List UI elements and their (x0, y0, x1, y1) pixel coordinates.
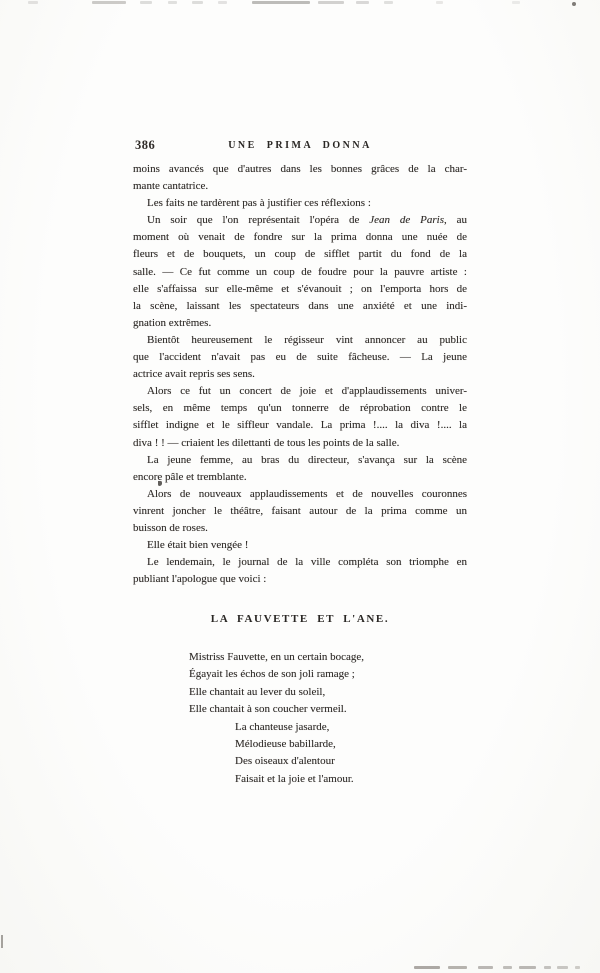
body-text: moins avancés que d'autres dans les bonn… (133, 161, 467, 588)
text-line: Un soir que l'on représentait l'opéra de… (133, 212, 467, 229)
poem-stanza: Mistriss Fauvette, en un certain bocage,… (189, 649, 467, 719)
poem-line: Elle chantait à son coucher vermeil. (189, 701, 467, 718)
text-segment: vinrent joncher le théâtre, faisant auto… (133, 505, 467, 517)
text-segment: Un soir que l'on représentait l'opéra de (147, 214, 369, 226)
text-segment: fleurs et de bouquets, un coup de siffle… (133, 248, 467, 260)
poem-line: Elle chantait au lever du soleil, (189, 684, 467, 701)
text-segment: salle. — Ce fut comme un coup de foudre … (133, 266, 467, 278)
scan-artifact-bottom (575, 966, 580, 969)
text-line: Bientôt heureusement le régisseur vint a… (133, 332, 467, 349)
text-line: Le lendemain, le journal de la ville com… (133, 554, 467, 571)
scan-artifact-top (252, 1, 310, 4)
paragraph: Le lendemain, le journal de la ville com… (133, 554, 467, 588)
scan-artifact-bottom (478, 966, 493, 969)
text-segment: Elle était bien vengée ! (147, 539, 248, 551)
scan-artifact-top (28, 1, 38, 4)
scan-artifact-top (436, 1, 443, 4)
text-line: diva ! ! — criaient les dilettanti de to… (133, 435, 467, 452)
scan-artifact-top (168, 1, 177, 4)
text-line: Elle était bien vengée ! (133, 537, 467, 554)
scan-artifact-bottom (448, 966, 467, 969)
italic-text: Jean de Paris (369, 214, 444, 226)
text-segment: La jeune femme, au bras du directeur, s'… (147, 454, 467, 466)
paragraph: Alors ce fut un concert de joie et d'app… (133, 383, 467, 451)
text-segment: elle s'affaissa sur elle-même et s'évano… (133, 283, 467, 295)
text-line: gnation extrêmes. (133, 315, 467, 332)
text-segment: Alors de nouveaux applaudissements et de… (147, 488, 467, 500)
poem-stanza: La chanteuse jasarde,Mélodieuse babillar… (235, 719, 467, 789)
scan-artifact-top (318, 1, 344, 4)
poem: Mistriss Fauvette, en un certain bocage,… (133, 649, 467, 788)
paragraph: moins avancés que d'autres dans les bonn… (133, 161, 467, 195)
text-line: actrice avait repris ses sens. (133, 366, 467, 383)
text-segment: , au (444, 214, 467, 226)
paragraph: La jeune femme, au bras du directeur, s'… (133, 452, 467, 486)
text-line: sifflet indigne et le siffleur vandale. … (133, 417, 467, 434)
scan-artifact-top (218, 1, 227, 4)
text-segment: moment où venait de fondre sur la prima … (133, 231, 467, 243)
scan-artifact-bottom (544, 966, 551, 969)
paragraph: Elle était bien vengée ! (133, 537, 467, 554)
text-line: elle s'affaissa sur elle-même et s'évano… (133, 281, 467, 298)
text-segment: la scène, laissant les spectateurs dans … (133, 300, 467, 312)
text-segment: sifflet indigne et le siffleur vandale. … (133, 419, 467, 431)
text-segment: moins avancés que d'autres dans les bonn… (133, 163, 467, 175)
text-segment: que l'accident n'avait pas eu de suite f… (133, 351, 467, 363)
text-line: fleurs et de bouquets, un coup de siffle… (133, 246, 467, 263)
text-segment: Le lendemain, le journal de la ville com… (147, 556, 467, 568)
text-segment: publiant l'apologue que voici : (133, 573, 266, 585)
text-line: encore pâle et tremblante. (133, 469, 467, 486)
text-segment: Bientôt heureusement le régisseur vint a… (147, 334, 467, 346)
paragraph: Les faits ne tardèrent pas à justifier c… (133, 195, 467, 212)
text-line: la scène, laissant les spectateurs dans … (133, 298, 467, 315)
paragraph: Un soir que l'on représentait l'opéra de… (133, 212, 467, 332)
text-segment: Les faits ne tardèrent pas à justifier c… (147, 197, 371, 209)
scan-artifact-bottom (519, 966, 536, 969)
text-segment: gnation extrêmes. (133, 317, 211, 329)
paragraph: Alors de nouveaux applaudissements et de… (133, 486, 467, 537)
text-segment: diva ! ! — criaient les dilettanti de to… (133, 437, 399, 449)
text-line: buisson de roses. (133, 520, 467, 537)
poem-line: Des oiseaux d'alentour (235, 753, 467, 770)
text-segment: buisson de roses. (133, 522, 208, 534)
poem-line: La chanteuse jasarde, (235, 719, 467, 736)
scan-artifact-top (140, 1, 152, 4)
text-line: Les faits ne tardèrent pas à justifier c… (133, 195, 467, 212)
poem-line: Faisait et la joie et l'amour. (235, 771, 467, 788)
text-segment: mante cantatrice. (133, 180, 208, 192)
text-segment: sels, en même temps qu'un tonnerre de ré… (133, 402, 467, 414)
scan-artifact-top (384, 1, 393, 4)
text-segment: actrice avait repris ses sens. (133, 368, 255, 380)
fable-title: LA FAUVETTE ET L'ANE. (133, 613, 467, 625)
text-segment: encore pâle et tremblante. (133, 471, 247, 483)
text-line: que l'accident n'avait pas eu de suite f… (133, 349, 467, 366)
text-line: moment où venait de fondre sur la prima … (133, 229, 467, 246)
scan-artifact-edge-tick (1, 935, 3, 948)
text-line: La jeune femme, au bras du directeur, s'… (133, 452, 467, 469)
text-line: publiant l'apologue que voici : (133, 571, 467, 588)
text-line: Alors ce fut un concert de joie et d'app… (133, 383, 467, 400)
running-title: UNE PRIMA DONNA (133, 140, 467, 151)
text-line: Alors de nouveaux applaudissements et de… (133, 486, 467, 503)
text-segment: Alors ce fut un concert de joie et d'app… (147, 385, 467, 397)
scan-artifact-bottom (503, 966, 512, 969)
scan-artifact-top (192, 1, 203, 4)
text-line: sels, en même temps qu'un tonnerre de ré… (133, 400, 467, 417)
paragraph: Bientôt heureusement le régisseur vint a… (133, 332, 467, 383)
scan-artifact-top (512, 1, 520, 4)
text-line: moins avancés que d'autres dans les bonn… (133, 161, 467, 178)
poem-line: Égayait les échos de son joli ramage ; (189, 666, 467, 683)
text-line: salle. — Ce fut comme un coup de foudre … (133, 264, 467, 281)
scan-artifact-top (356, 1, 369, 4)
scan-artifact-bottom (557, 966, 568, 969)
book-page: 386 UNE PRIMA DONNA moins avancés que d'… (0, 0, 600, 973)
text-line: vinrent joncher le théâtre, faisant auto… (133, 503, 467, 520)
poem-line: Mistriss Fauvette, en un certain bocage, (189, 649, 467, 666)
text-line: mante cantatrice. (133, 178, 467, 195)
poem-line: Mélodieuse babillarde, (235, 736, 467, 753)
scan-artifact-speck (572, 2, 576, 6)
running-head: 386 UNE PRIMA DONNA (133, 138, 467, 154)
scan-artifact-bottom (414, 966, 440, 969)
scan-artifact-top (92, 1, 126, 4)
